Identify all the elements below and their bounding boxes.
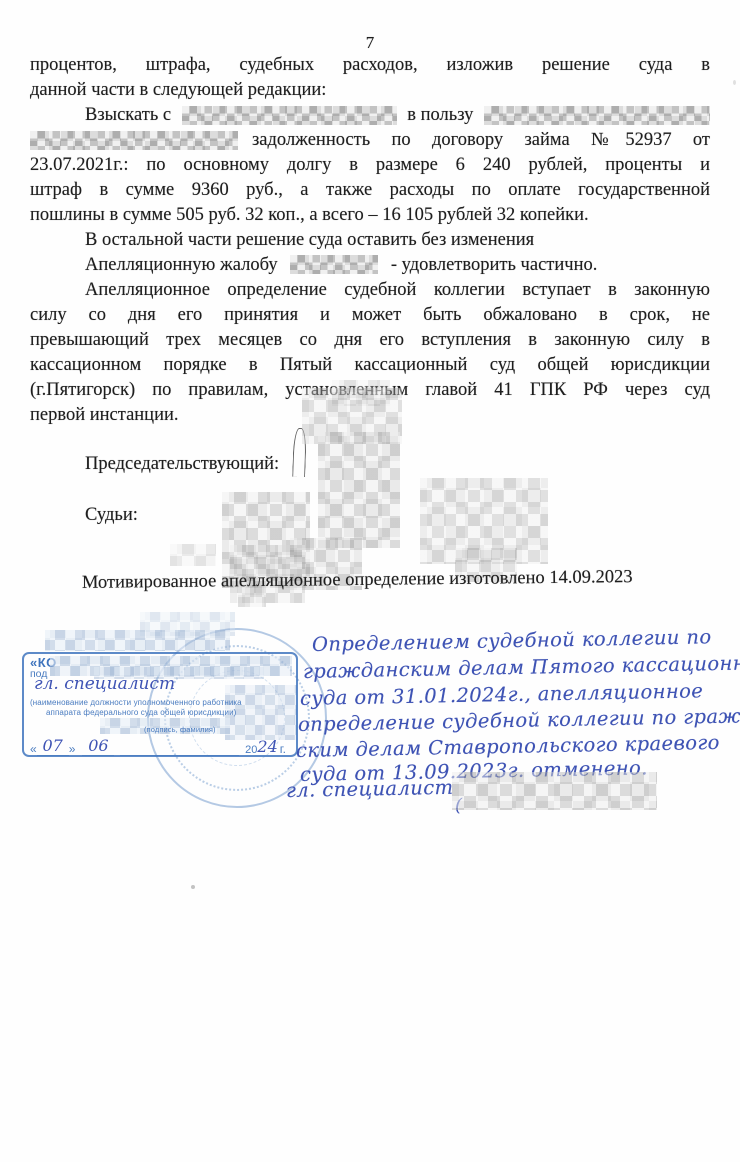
chairman-label: Председательствующий:	[85, 452, 279, 477]
stamp-caption-line2: аппарата федерального суда общей юрисдик…	[46, 708, 236, 717]
handwritten-note-line: гражданским делам Пятого кассационного	[303, 651, 740, 683]
body-text-segment: Взыскать с	[85, 103, 171, 128]
body-line-with-redactions: Апелляционную жалобу - удовлетворить час…	[85, 253, 710, 278]
body-line: процентов, штрафа, судебных расходов, из…	[30, 53, 710, 78]
redacted-signature	[452, 772, 657, 810]
stamp-year-prefix: 20	[245, 744, 257, 756]
stamp-date-blank-line	[120, 754, 239, 756]
stamp-year-handwritten: 24	[257, 737, 277, 756]
redacted-signature	[318, 432, 400, 548]
body-text-segment: в пользу	[407, 103, 473, 128]
scan-speck	[191, 885, 195, 889]
handwritten-note-line: Определением судебной коллегии по	[312, 625, 712, 656]
body-line: силу со дня его принятия и может быть об…	[30, 303, 710, 328]
body-line: 23.07.2021г.: по основному долгу в разме…	[30, 153, 710, 178]
stamp-caption-line1: (наименование должности уполномоченного …	[30, 698, 242, 707]
body-line: Апелляционное определение судебной колле…	[85, 278, 710, 303]
judges-label: Судьи:	[85, 503, 138, 528]
redacted-text	[290, 255, 378, 274]
body-line: пошлины в сумме 505 руб. 32 коп., а всег…	[30, 203, 710, 228]
stamp-month-handwritten: 06	[82, 736, 114, 756]
body-line: данной части в следующей редакции:	[30, 78, 710, 103]
redacted-text	[30, 131, 238, 150]
handwritten-note-line: ским делам Ставропольского краевого	[296, 731, 720, 762]
scan-speck	[733, 80, 736, 85]
body-text-segment: задолженность по договору займа №52937 о…	[252, 128, 710, 153]
body-line: превышающий трех месяцев со дня его всту…	[30, 328, 710, 353]
body-text-segment: Апелляционную жалобу	[85, 255, 278, 275]
redacted-text	[484, 106, 710, 125]
scanned-court-document-page: 7 процентов, штрафа, судебных расходов, …	[0, 0, 740, 1162]
copy-certification-stamp: «КО под гл. специалист (наименование дол…	[22, 652, 298, 757]
stamp-quote-open: «	[30, 742, 37, 756]
body-line: В остальной части решение суда оставить …	[85, 228, 710, 253]
redacted-signature	[170, 544, 216, 566]
page-number: 7	[0, 30, 740, 55]
body-line-with-redactions: Взыскать с в пользу	[85, 103, 710, 128]
stamp-year-suffix: г.	[280, 742, 286, 756]
stamp-position-handwritten: гл. специалист	[34, 674, 175, 694]
redacted-stamp-text	[45, 630, 230, 651]
footer-line: Мотивированное апелляционное определение…	[82, 565, 633, 596]
body-line-with-redactions: задолженность по договору займа №52937 о…	[30, 128, 710, 153]
body-line: штраф в сумме 9360 руб., а также расходы…	[30, 178, 710, 203]
stamp-sign-caption: (подпись, фамилия)	[144, 725, 216, 734]
body-text-segment: - удовлетворить частично.	[391, 255, 598, 275]
stamp-date-row: « 07 » 06 20 24 г.	[30, 736, 286, 756]
stamp-quote-close: »	[69, 742, 76, 756]
stamp-day-handwritten: 07	[37, 736, 69, 756]
handwritten-note-signoff: гл. специалист	[286, 776, 454, 802]
body-line: кассационном порядке в Пятый кассационны…	[30, 353, 710, 378]
redacted-text	[182, 106, 397, 125]
